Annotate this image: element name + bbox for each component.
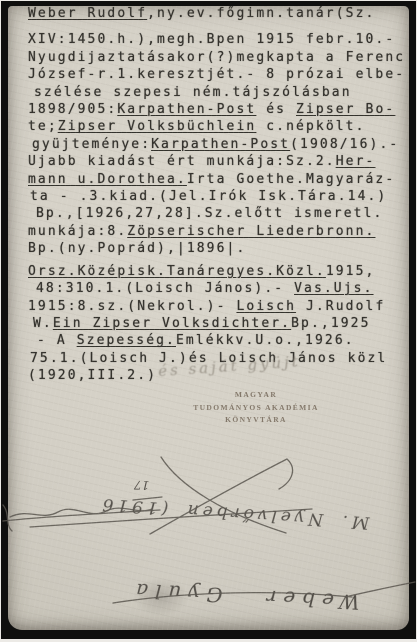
typed-text: Bp.(ny.Poprád),|1896|. bbox=[28, 241, 246, 256]
underlined-text: Karpathen-Post bbox=[117, 102, 256, 117]
stamp-line: MAGYAR bbox=[176, 389, 336, 402]
typed-text: 1915, bbox=[326, 264, 376, 279]
typed-text: J.Rudolf bbox=[296, 299, 385, 314]
typed-text: Emlékkv.U.o.,1926. bbox=[176, 333, 355, 348]
typed-text-block: Weber Rudolf,ny.ev.főgimn.tanár(Sz.XIV:1… bbox=[0, 5, 417, 385]
typed-text: XIV:1450.h.),megh.Bpen 1915 febr.10.- bbox=[28, 32, 395, 47]
typed-line: Bp.,[1926,27,28].Sz.előtt ismeretl. bbox=[0, 205, 417, 222]
typed-line: gyüjteménye:Karpathen-Post(1908/16).- bbox=[0, 136, 417, 153]
underlined-text: Vas.Ujs. bbox=[294, 281, 373, 296]
typed-text: te; bbox=[28, 119, 58, 134]
underlined-text: Orsz.Középisk.Tanáregyes.Közl. bbox=[28, 264, 326, 279]
typed-line: Nyugdijaztatásakor(?)megkapta a Ferenc bbox=[0, 49, 417, 66]
typed-text: W. bbox=[33, 316, 53, 331]
typed-text: Irta Goethe.Magyaráz- bbox=[187, 172, 395, 187]
typed-line: W.Ein Zipser Volksdichter.Bp.,1925 bbox=[0, 315, 417, 332]
typed-text: ta - .3.kiad.(Jel.Irók Isk.Tára.14.) bbox=[30, 189, 387, 204]
typed-line: mann u.Dorothea.Irta Goethe.Magyaráz- bbox=[0, 171, 417, 188]
typed-text: (1908/16).- bbox=[290, 137, 399, 152]
typed-line: te;Zipser Volksbüchlein c.népkölt. bbox=[0, 118, 417, 135]
underlined-text: Zipser Bo- bbox=[296, 102, 395, 117]
typed-text: Bp.,1925 bbox=[291, 316, 370, 331]
typed-text: és bbox=[256, 102, 296, 117]
typed-text: szélése szepesi ném.tájszólásban bbox=[34, 85, 352, 100]
typed-text: c.népkölt. bbox=[256, 119, 365, 134]
typed-text: Ujabb kiadást ért munkája:Sz.2. bbox=[28, 154, 336, 169]
typed-text: 1915:8.sz.(Nekrol.)- bbox=[28, 299, 236, 314]
typed-line: Orsz.Középisk.Tanáregyes.Közl.1915, bbox=[0, 263, 417, 280]
typed-text: gyüjteménye: bbox=[32, 137, 151, 152]
underlined-text: Zöpserischer Liederbronn. bbox=[127, 224, 375, 239]
typed-text: Nyugdijaztatásakor(?)megkapta a Ferenc bbox=[28, 50, 405, 65]
typed-text: 48:310.1.(Loisch János).- bbox=[36, 281, 294, 296]
typed-line: - A Szepesség.Emlékkv.U.o.,1926. bbox=[0, 332, 417, 349]
typed-text: 1898/905: bbox=[28, 102, 117, 117]
typed-text: - A bbox=[37, 333, 77, 348]
underlined-text: Karpathen-Post bbox=[151, 137, 290, 152]
typed-line: ta - .3.kiad.(Jel.Irók Isk.Tára.14.) bbox=[0, 188, 417, 205]
underlined-text: Szepesség. bbox=[77, 333, 176, 348]
underlined-text: Loisch bbox=[236, 299, 296, 314]
typed-line: Ujabb kiadást ért munkája:Sz.2.Her- bbox=[0, 153, 417, 170]
typed-text: munkája:8. bbox=[28, 224, 127, 239]
typed-text: (1920,III.2.) bbox=[28, 368, 157, 383]
smudge-mark bbox=[122, 570, 200, 624]
typed-line: József-r.1.keresztjét.- 8 prózai elbe- bbox=[0, 66, 417, 83]
typed-line: szélése szepesi ném.tájszólásban bbox=[0, 84, 417, 101]
typed-text: 75.1.(Loisch J.)és Loisch János közl bbox=[30, 351, 387, 366]
typed-line: 1898/905:Karpathen-Post és Zipser Bo- bbox=[0, 101, 417, 118]
typed-line: 48:310.1.(Loisch János).- Vas.Ujs. bbox=[0, 280, 417, 297]
underlined-text: Weber Rudolf bbox=[28, 6, 147, 21]
stamp-line: KÖNYVTÁRA bbox=[176, 414, 336, 427]
underlined-text: Zipser Volksbüchlein bbox=[58, 119, 257, 134]
underlined-text: Ein Zipser Volksdichter. bbox=[53, 316, 291, 331]
typed-line: Weber Rudolf,ny.ev.főgimn.tanár(Sz. bbox=[0, 5, 417, 22]
underlined-text: Her- bbox=[336, 154, 376, 169]
typed-line: munkája:8.Zöpserischer Liederbronn. bbox=[0, 223, 417, 240]
typed-line: 75.1.(Loisch J.)és Loisch János közl bbox=[0, 350, 417, 367]
typed-line: XIV:1450.h.),megh.Bpen 1915 febr.10.- bbox=[0, 31, 417, 48]
library-stamp: MAGYAR TUDOMÁNYOS AKADÉMIA KÖNYVTÁRA bbox=[176, 389, 336, 427]
typed-text: Bp.,[1926,27,28].Sz.előtt ismeretl. bbox=[36, 206, 383, 221]
typed-text: ,ny.ev.főgimn.tanár(Sz. bbox=[147, 6, 375, 21]
stamp-line: TUDOMÁNYOS AKADÉMIA bbox=[176, 402, 336, 415]
underlined-text: mann u.Dorothea. bbox=[28, 172, 187, 187]
typed-text: József-r.1.keresztjét.- 8 prózai elbe- bbox=[28, 67, 405, 82]
typed-line: (1920,III.2.) bbox=[0, 367, 417, 384]
scanned-card: Weber Rudolf,ny.ev.főgimn.tanár(Sz.XIV:1… bbox=[0, 0, 417, 642]
typed-line: Bp.(ny.Poprád),|1896|. bbox=[0, 240, 417, 257]
typed-line: 1915:8.sz.(Nekrol.)- Loisch J.Rudolf bbox=[0, 298, 417, 315]
